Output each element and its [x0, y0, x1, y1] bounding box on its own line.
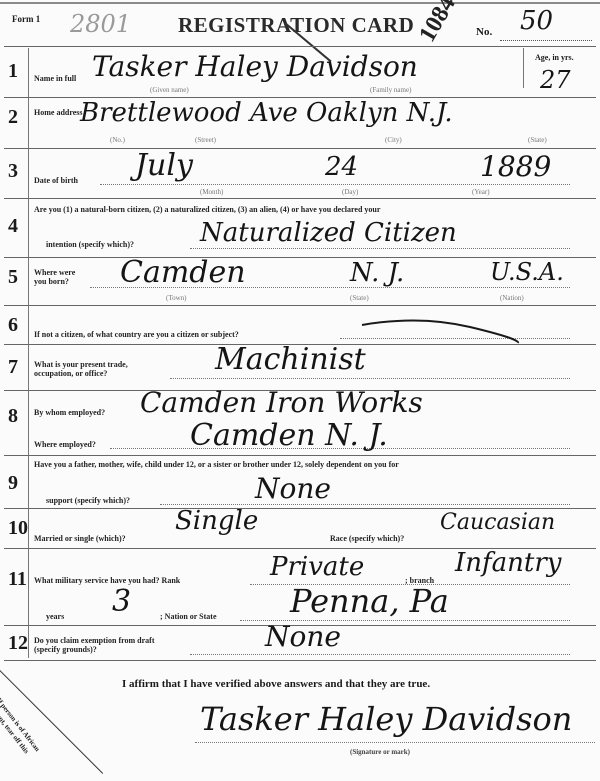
- signature: Tasker Haley Davidson: [200, 700, 572, 738]
- card-number-label: No.: [476, 26, 492, 38]
- stamp-number: 1084: [414, 0, 461, 47]
- age-divider: [523, 48, 524, 88]
- form-label: Form 1: [12, 14, 40, 24]
- row-number: 11: [8, 568, 27, 591]
- registration-card: Form 1 2801 REGISTRATION CARD 1084 No. 5…: [0, 0, 600, 781]
- employer-label: By whom employed?: [34, 408, 105, 417]
- divider: [4, 198, 596, 199]
- employer-value: Camden Iron Works: [140, 386, 423, 419]
- fill-line: [190, 248, 570, 249]
- birthplace-label: Where were you born?: [34, 268, 84, 286]
- dependents-label: support (specify which)?: [46, 496, 130, 505]
- marital-status-value: Single: [175, 506, 258, 536]
- exemption-value: None: [265, 620, 341, 653]
- card-number: 50: [520, 6, 553, 36]
- occupation-label: What is your present trade, occupation, …: [34, 360, 164, 378]
- dependents-value: None: [255, 472, 331, 505]
- number-column-divider: [28, 48, 29, 658]
- employment-place-value: Camden N. J.: [190, 418, 388, 453]
- address-state-sublabel: (State): [528, 136, 547, 144]
- citizenship-value: Naturalized Citizen: [200, 218, 457, 248]
- race-label: Race (specify which)?: [330, 534, 404, 543]
- row-number: 2: [8, 106, 18, 129]
- nation-sublabel: (Nation): [500, 294, 524, 302]
- serial-number: 2801: [70, 10, 131, 38]
- fill-line: [100, 184, 570, 185]
- divider: [4, 148, 596, 149]
- birth-state: N. J.: [350, 258, 404, 288]
- exemption-label: Do you claim exemption from draft (speci…: [34, 636, 164, 654]
- dependents-question: Have you a father, mother, wife, child u…: [34, 460, 594, 469]
- row-number: 8: [8, 405, 18, 428]
- military-rank-value: Private: [270, 552, 364, 582]
- row-number: 1: [8, 60, 18, 83]
- employment-place-label: Where employed?: [34, 440, 96, 449]
- divider: [4, 305, 596, 306]
- state-sublabel: (State): [350, 294, 369, 302]
- citizenship-question: Are you (1) a natural-born citizen, (2) …: [34, 205, 594, 214]
- military-years-label: years: [46, 612, 64, 621]
- fill-line: [170, 378, 570, 379]
- foreign-citizenship-label: If not a citizen, of what country are yo…: [34, 330, 239, 339]
- military-nation-value: Penna, Pa: [290, 582, 449, 620]
- birth-town: Camden: [120, 255, 246, 290]
- birth-date-label: Date of birth: [34, 176, 78, 185]
- month-sublabel: (Month): [200, 188, 223, 196]
- military-branch-value: Infantry: [455, 548, 561, 578]
- birth-year: 1889: [480, 150, 551, 183]
- day-sublabel: (Day): [342, 188, 358, 196]
- birth-day: 24: [325, 152, 358, 182]
- row-number: 7: [8, 356, 18, 379]
- divider: [4, 660, 596, 661]
- blank-dash-stroke: [360, 315, 520, 345]
- address-value: Brettlewood Ave Oaklyn N.J.: [80, 98, 453, 128]
- family-name-sublabel: (Family name): [370, 86, 411, 94]
- occupation-value: Machinist: [215, 342, 366, 377]
- divider: [4, 508, 596, 509]
- military-years-value: 3: [112, 584, 131, 619]
- citizenship-label: intention (specify which)?: [46, 240, 134, 249]
- row-number: 10: [8, 517, 28, 540]
- birth-month: July: [135, 148, 193, 183]
- age-value: 27: [540, 66, 571, 94]
- race-value: Caucasian: [440, 510, 555, 535]
- signature-line: [195, 742, 595, 743]
- given-name-sublabel: (Given name): [150, 86, 189, 94]
- name-label: Name in full: [34, 74, 76, 83]
- fill-line: [160, 504, 570, 505]
- address-no-sublabel: (No.): [110, 136, 125, 144]
- row-number: 3: [8, 160, 18, 183]
- year-sublabel: (Year): [472, 188, 490, 196]
- affirmation-text: I affirm that I have verified above answ…: [122, 678, 430, 690]
- age-label: Age, in yrs.: [535, 53, 574, 62]
- row-number: 5: [8, 266, 18, 289]
- name-value: Tasker Haley Davidson: [92, 50, 418, 83]
- row-number: 12: [8, 632, 28, 655]
- military-nation-label: ; Nation or State: [160, 612, 217, 621]
- military-service-label: What military service have you had? Rank: [34, 576, 180, 585]
- row-number: 9: [8, 472, 18, 495]
- marital-status-label: Married or single (which)?: [34, 534, 126, 543]
- divider: [4, 455, 596, 456]
- card-number-line: [500, 40, 592, 41]
- signature-sublabel: (Signature or mark): [350, 748, 410, 756]
- fill-line: [190, 654, 570, 655]
- card-header: Form 1 2801 REGISTRATION CARD 1084 No. 5…: [0, 0, 600, 45]
- town-sublabel: (Town): [166, 294, 187, 302]
- address-street-sublabel: (Street): [195, 136, 216, 144]
- tear-off-corner-note: If person is of African descent, tear of…: [0, 696, 51, 778]
- address-city-sublabel: (City): [385, 136, 402, 144]
- row-number: 6: [8, 314, 18, 337]
- row-number: 4: [8, 215, 18, 238]
- address-label: Home address: [34, 108, 83, 117]
- birth-nation: U.S.A.: [490, 258, 564, 286]
- divider: [4, 46, 596, 47]
